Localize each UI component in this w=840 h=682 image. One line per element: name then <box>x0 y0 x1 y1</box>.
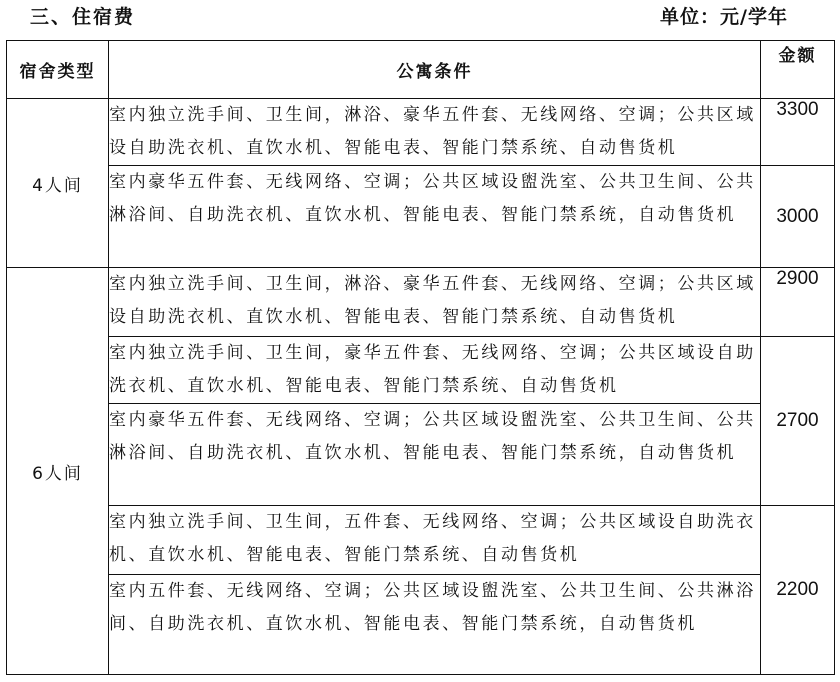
conditions-cell: 室内独立洗手间、卫生间，淋浴、豪华五件套、无线网络、空调；公共区域设自助洗衣机、… <box>109 268 761 337</box>
table-row: 6人间 室内独立洗手间、卫生间，淋浴、豪华五件套、无线网络、空调；公共区域设自助… <box>7 268 835 337</box>
conditions-cell: 室内豪华五件套、无线网络、空调；公共区域设盥洗室、公共卫生间、公共淋浴间、自助洗… <box>109 166 761 268</box>
accommodation-fee-table: 宿舍类型 公寓条件 金额 4人间 室内独立洗手间、卫生间，淋浴、豪华五件套、无线… <box>6 40 835 675</box>
conditions-cell: 室内独立洗手间、卫生间，豪华五件套、无线网络、空调；公共区域设自助洗衣机、直饮水… <box>109 337 761 404</box>
conditions-cell: 室内五件套、无线网络、空调；公共区域设盥洗室、公共卫生间、公共淋浴间、自助洗衣机… <box>109 575 761 675</box>
table-row: 室内独立洗手间、卫生间，五件套、无线网络、空调；公共区域设自助洗衣机、直饮水机、… <box>7 506 835 575</box>
room-type-cell: 6人间 <box>7 268 109 675</box>
table-row: 室内豪华五件套、无线网络、空调；公共区域设盥洗室、公共卫生间、公共淋浴间、自助洗… <box>7 404 835 506</box>
amount-cell: 3000 <box>761 166 835 268</box>
section-title: 三、住宿费 <box>30 2 135 29</box>
room-type-cell: 4人间 <box>7 99 109 268</box>
column-header-type: 宿舍类型 <box>7 41 109 99</box>
amount-cell: 3300 <box>761 99 835 166</box>
conditions-cell: 室内豪华五件套、无线网络、空调；公共区域设盥洗室、公共卫生间、公共淋浴间、自助洗… <box>109 404 761 506</box>
conditions-cell: 室内独立洗手间、卫生间，淋浴、豪华五件套、无线网络、空调；公共区域设自助洗衣机、… <box>109 99 761 166</box>
table-header-row: 宿舍类型 公寓条件 金额 <box>7 41 835 99</box>
amount-cell: 2900 <box>761 268 835 337</box>
table-row: 室内独立洗手间、卫生间，豪华五件套、无线网络、空调；公共区域设自助洗衣机、直饮水… <box>7 337 835 404</box>
unit-label: 单位：元/学年 <box>660 2 788 29</box>
table-row: 4人间 室内独立洗手间、卫生间，淋浴、豪华五件套、无线网络、空调；公共区域设自助… <box>7 99 835 166</box>
column-header-conditions: 公寓条件 <box>109 41 761 99</box>
table-row: 室内豪华五件套、无线网络、空调；公共区域设盥洗室、公共卫生间、公共淋浴间、自助洗… <box>7 166 835 268</box>
column-header-amount: 金额 <box>761 41 835 99</box>
conditions-cell: 室内独立洗手间、卫生间，五件套、无线网络、空调；公共区域设自助洗衣机、直饮水机、… <box>109 506 761 575</box>
amount-cell: 2200 <box>761 506 835 675</box>
table-row: 室内五件套、无线网络、空调；公共区域设盥洗室、公共卫生间、公共淋浴间、自助洗衣机… <box>7 575 835 675</box>
amount-cell: 2700 <box>761 337 835 506</box>
